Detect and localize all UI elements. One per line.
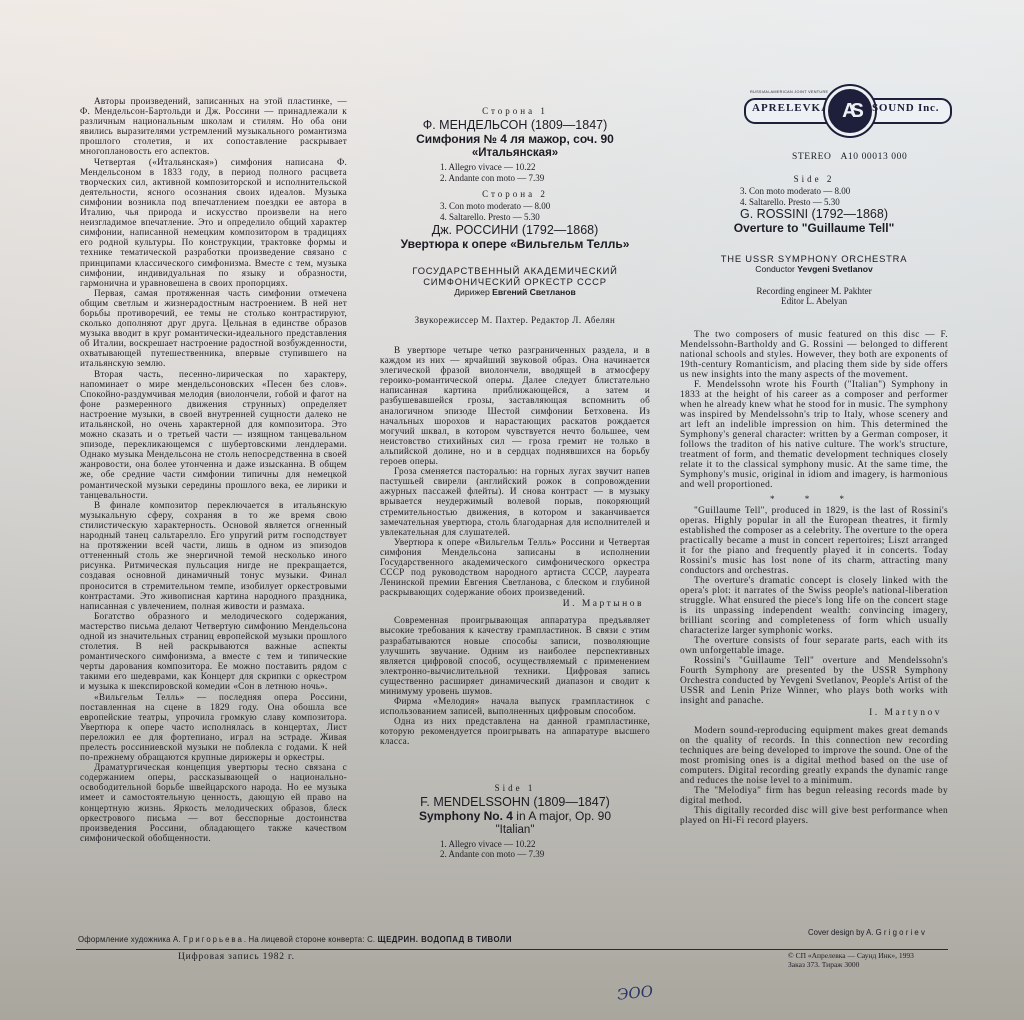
side1-en-tracklist: 1. Allegro vivace — 10.22 2. Andante con… (380, 839, 650, 860)
track-item: 3. Con moto moderato — 8.00 (440, 201, 650, 212)
editor-credit: Editor L. Abelyan (680, 296, 948, 306)
digital-notes-ru: Современная проигрывающая аппаратура пре… (380, 615, 650, 746)
composer1-ru: Ф. МЕНДЕЛЬСОН (1809—1847) (380, 118, 650, 132)
paragraph: В финале композитор переключается в итал… (80, 500, 347, 611)
paragraph: Авторы произведений, записанных на этой … (80, 96, 347, 157)
paragraph: The overture's dramatic concept is close… (680, 576, 948, 636)
paragraph: Богатство образного и мелодического соде… (80, 611, 347, 692)
track-item: 4. Saltarello. Presto — 5.30 (740, 197, 948, 208)
side2-en-block: Side 2 3. Con moto moderato — 8.00 4. Sa… (680, 174, 948, 306)
side1-en-block: Side 1 F. MENDELSSOHN (1809—1847) Sympho… (380, 783, 650, 860)
paragraph: The "Melodiya" firm has begun releasing … (680, 786, 948, 806)
engineer-credit: Recording engineer M. Pakhter (680, 286, 948, 296)
work1-ru-title: Симфония № 4 (416, 132, 507, 146)
logo-text-right: SOUND Inc. (872, 102, 939, 114)
design-en-prefix: Cover design by A. (808, 928, 873, 937)
side2-en-tracklist: 3. Con moto moderato — 8.00 4. Saltarell… (680, 186, 948, 207)
work1-ru-key: ля мажор, соч. 90 (507, 132, 614, 146)
catalog-line: STEREO A10 00013 000 (792, 152, 948, 162)
conductor-en-name: Yevgeni Svetlanov (797, 264, 872, 274)
paragraph: The two composers of music featured on t… (680, 330, 948, 380)
paragraph: Драматургическая концепция увертюры тесн… (80, 762, 347, 843)
signature-en: I. Martynov (680, 708, 942, 718)
track-item: 2. Andante con moto — 7.39 (440, 173, 650, 184)
paragraph: The overture consists of four separate p… (680, 636, 948, 656)
digital-notes-en: Modern sound-reproducing equipment makes… (680, 726, 948, 826)
work1-ru-subtitle: «Итальянская» (380, 146, 650, 160)
side1-en-label: Side 1 (380, 783, 650, 793)
logo-text-left: APRELEVKA (752, 102, 830, 114)
paragraph: Первая, самая протяженная часть симфонии… (80, 288, 347, 369)
liner-notes-en-rossini: "Guillaume Tell", produced in 1829, is t… (680, 506, 948, 706)
side2-en-label: Side 2 (680, 174, 948, 184)
work1-en: Symphony No. 4 in A major, Op. 90 (380, 809, 650, 823)
middle-column: Сторона 1 Ф. МЕНДЕЛЬСОН (1809—1847) Симф… (380, 106, 650, 866)
design-ru-prefix: Оформление художника А. (78, 935, 181, 944)
paragraph: Modern sound-reproducing equipment makes… (680, 726, 948, 786)
catalog-number: A10 00013 000 (840, 152, 907, 162)
paragraph: Rossini's "Guillaume Tell" overture and … (680, 656, 948, 706)
track-item: 4. Saltarello. Presto — 5.30 (440, 212, 650, 223)
paragraph: Гроза сменяется пасторалью: на горных лу… (380, 466, 650, 537)
side1-ru-block: Сторона 1 Ф. МЕНДЕЛЬСОН (1809—1847) Симф… (380, 106, 650, 325)
right-column: RUSSIAN-AMERICAN JOINT VENTURE APRELEVKA… (680, 86, 948, 826)
conductor-en-label: Conductor (755, 264, 795, 274)
composer1-en: F. MENDELSSOHN (1809—1847) (380, 795, 650, 809)
composer2-en: G. ROSSINI (1792—1868) (680, 207, 948, 221)
side2-ru-tracklist: 3. Con moto moderato — 8.00 4. Saltarell… (380, 201, 650, 222)
digital-recording-note: Цифровая запись 1982 г. (178, 952, 295, 962)
side1-ru-label: Сторона 1 (380, 106, 650, 116)
aprelevka-sound-logo: RUSSIAN-AMERICAN JOINT VENTURE APRELEVKA… (744, 86, 950, 136)
paragraph: Одна из них представлена на данной грамп… (380, 716, 650, 746)
print-run-line: Заказ 373. Тираж 3000 (788, 960, 914, 969)
paragraph: Вторая часть, песенно-лирическая по хара… (80, 369, 347, 500)
paragraph: F. Mendelssohn wrote his Fourth ("Italia… (680, 380, 948, 490)
section-separator: * * * (680, 494, 948, 504)
track-item: 3. Con moto moderato — 8.00 (740, 186, 948, 197)
work1-en-title: Symphony No. 4 (419, 809, 513, 823)
conductor-ru-name: Евгений Светланов (492, 287, 576, 297)
cover-design-credit-ru: Оформление художника А. Григорьева. На л… (78, 935, 512, 944)
credits-ru: Звукорежиссер М. Пахтер. Редактор Л. Абе… (380, 315, 650, 325)
paragraph: This digitally recorded disc will give b… (680, 806, 948, 826)
paragraph: Увертюра к опере «Вильгельм Телль» Росси… (380, 537, 650, 598)
logo-tagline: RUSSIAN-AMERICAN JOINT VENTURE (750, 90, 828, 94)
orchestra-en: THE USSR SYMPHONY ORCHESTRA (680, 253, 948, 264)
designer-ru-name: Григорьева (183, 935, 244, 944)
work1-en-key: in A major, Op. 90 (513, 809, 611, 823)
copyright-block: © СП «Апрелевка — Саунд Инк», 1993 Заказ… (788, 951, 914, 969)
side2-ru-label: Сторона 2 (380, 189, 650, 199)
paragraph: Четвертая («Итальянская») симфония напис… (80, 157, 347, 288)
orchestra-ru-line1: ГОСУДАРСТВЕННЫЙ АКАДЕМИЧЕСКИЙ (380, 265, 650, 276)
liner-notes-russian: Авторы произведений, записанных на этой … (80, 96, 347, 843)
paragraph: Фирма «Мелодия» начала выпуск грампласти… (380, 696, 650, 716)
liner-notes-en-mendelssohn: The two composers of music featured on t… (680, 330, 948, 490)
paragraph: Современная проигрывающая аппаратура пре… (380, 615, 650, 696)
signature-ru: И. Мартынов (380, 599, 644, 609)
conductor-ru-label: Дирижер (454, 287, 490, 297)
conductor-en: Conductor Yevgeni Svetlanov (680, 264, 948, 274)
work1-en-subtitle: "Italian" (380, 823, 650, 837)
paragraph: "Guillaume Tell", produced in 1829, is t… (680, 506, 948, 576)
liner-notes-ru-overture: В увертюре четыре четко разграниченных р… (380, 345, 650, 597)
paragraph: В увертюре четыре четко разграниченных р… (380, 345, 650, 466)
logo-emblem-icon: AS (825, 86, 875, 136)
orchestra-ru-line2: СИМФОНИЧЕСКИЙ ОРКЕСТР СССР (380, 276, 650, 287)
work2-ru: Увертюра к опере «Вильгельм Телль» (380, 237, 650, 251)
side1-ru-tracklist: 1. Allegro vivace — 10.22 2. Andante con… (380, 162, 650, 183)
composer2-ru: Дж. РОССИНИ (1792—1868) (380, 223, 650, 237)
track-item: 1. Allegro vivace — 10.22 (440, 839, 650, 850)
cover-ru-text: . На лицевой стороне конверта: С. (244, 935, 375, 944)
cover-design-credit-en: Cover design by A. Grigoriev (808, 928, 927, 937)
conductor-ru: Дирижер Евгений Светланов (380, 287, 650, 297)
track-item: 1. Allegro vivace — 10.22 (440, 162, 650, 173)
stereo-label: STEREO (792, 152, 832, 162)
work1-ru: Симфония № 4 ля мажор, соч. 90 (380, 132, 650, 146)
track-item: 2. Andante con moto — 7.39 (440, 849, 650, 860)
designer-en-name: Grigoriev (876, 928, 927, 937)
copyright-line: © СП «Апрелевка — Саунд Инк», 1993 (788, 951, 914, 960)
paragraph: «Вильгельм Телль» — последняя опера Росс… (80, 692, 347, 763)
cover-painting-title: ЩЕДРИН. ВОДОПАД В ТИВОЛИ (378, 935, 512, 944)
footer-divider (76, 949, 948, 950)
handwritten-price-mark: ЭОО (616, 982, 654, 1004)
work2-en: Overture to "Guillaume Tell" (680, 221, 948, 235)
